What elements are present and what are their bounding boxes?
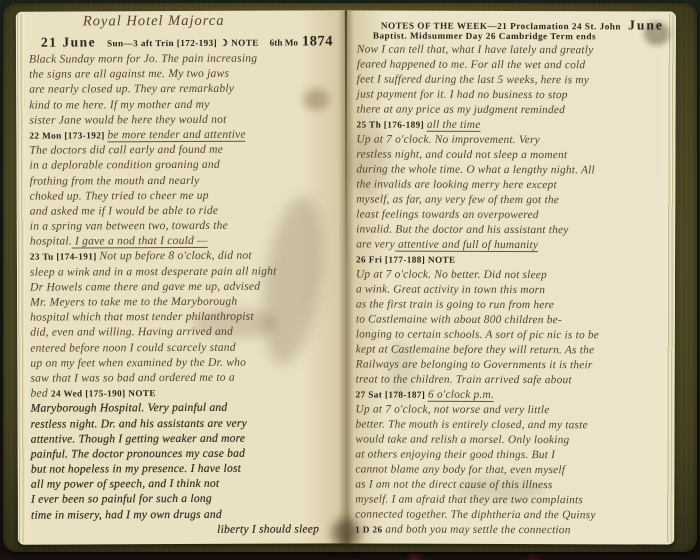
diary-line: are nearly closed up. They are remarkabl… <box>29 82 339 99</box>
handwriting-text: just payment for it. I had no business t… <box>357 88 568 101</box>
handwriting-text: the invalids are looking merry here exce… <box>356 178 557 191</box>
handwriting-text: as the first train is going to run from … <box>356 298 554 311</box>
diary-line: did, even and willing. Having arrived an… <box>30 325 340 342</box>
date-label: 21 June <box>41 34 96 50</box>
diary-line: would take and relish a morsel. Only loo… <box>355 433 666 449</box>
handwriting-text: myself, as far, any very few of them got… <box>356 193 559 206</box>
diary-line: restless night. Dr. and his assistants a… <box>31 416 341 433</box>
diary-line: The doctors did call early and found me <box>29 142 339 159</box>
handwritten-title: Royal Hotel Majorca <box>29 12 339 34</box>
diary-line: sister Jane would be here they would not <box>29 112 339 129</box>
handwriting-text: sister Jane would be here they would not <box>29 113 226 127</box>
handwriting-text: and asked me if I would be able to ride <box>30 204 218 218</box>
diary-line: Railways are belonging to Governments it… <box>356 358 667 374</box>
diary-line: treat to the children. Train arrived saf… <box>356 373 667 389</box>
diary-line: connected together. The diphtheria and t… <box>355 508 666 524</box>
handwriting-text: Dr Howels came there and gave me up, adv… <box>30 279 260 293</box>
diary-line: attentive. Though I getting weaker and m… <box>31 431 341 448</box>
notes-of-week-header: NOTES OF THE WEEK—21 Proclamation 24 St.… <box>357 13 668 31</box>
left-page-content: Royal Hotel Majorca 21 June Sun—3 aft Tr… <box>29 12 341 542</box>
diary-line: 27 Sat [178-187] 6 o'clock p.m. <box>356 388 667 404</box>
month-count-label: 6th Mo <box>270 37 298 47</box>
handwriting-text: a wink. Great activity in town this morn <box>356 283 545 296</box>
handwriting-text: Up at 7 o'clock. No better. Did not slee… <box>356 268 547 281</box>
diary-line: Now I can tell that, what I have lately … <box>357 43 668 59</box>
diary-line: and asked me if I would be able to ride <box>30 203 340 220</box>
printed-date-label: 23 Tu [174-191] <box>30 252 99 262</box>
diary-line: Up at 7 o'clock. No better. Did not slee… <box>356 268 667 284</box>
notes-header-line2: Baptist. Midsummer Day 26 Cambridge Term… <box>357 30 668 44</box>
diary-line: invalid. But the doctor and his assistan… <box>356 223 667 239</box>
diary-line: kind to me here. If my mother and my <box>29 97 339 114</box>
diary-line: Up at 7 o'clock, not worse and very litt… <box>356 403 667 419</box>
handwriting-text: sleep a wink and in a most desperate pai… <box>30 264 277 278</box>
diary-line: the invalids are looking merry here exce… <box>356 178 667 194</box>
handwriting-text: connected together. The diphtheria and t… <box>355 508 595 521</box>
diary-line: in a deplorable condition groaning and <box>29 158 339 175</box>
diary-line: 22 Mon [173-192] be more tender and atte… <box>29 127 339 144</box>
diary-line: painful. The doctor pronounces my case b… <box>31 446 341 463</box>
diary-line: all my power of speech, and I think not <box>31 477 341 494</box>
handwriting-text: choked up. They tried to cheer me up <box>30 189 209 203</box>
handwriting-text: are nearly closed up. They are remarkabl… <box>29 82 234 96</box>
diary-line: restless night, and could not sleep a mo… <box>356 148 667 164</box>
diary-line: least feelings towards an overpowered <box>356 208 667 224</box>
right-page-content: NOTES OF THE WEEK—21 Proclamation 24 St.… <box>355 13 668 542</box>
diary-line: up on my feet when examined by the Dr. w… <box>30 355 340 372</box>
handwriting-text: treat to the children. Train arrived saf… <box>356 373 572 386</box>
diary-line: at others enjoying their good things. Bu… <box>355 448 666 464</box>
handwriting-text: cannot blame any body for that, even mys… <box>355 463 565 476</box>
diary-line: just payment for it. I had no business t… <box>357 88 668 104</box>
diary-line: feet I suffered during the last 5 weeks,… <box>357 73 668 89</box>
diary-line: myself, as far, any very few of them got… <box>356 193 667 209</box>
diary-line: 25 Th [176-189] all the time <box>357 118 668 134</box>
printed-date-label: 25 Th [176-189] <box>357 119 427 129</box>
handwriting-text: and both you may settle the connection <box>385 524 570 537</box>
diary-line: longing to certain schools. A sort of pi… <box>356 328 667 344</box>
diary-line: time in misery, had I my own drugs and <box>31 507 341 524</box>
year-label: 1874 <box>302 33 333 50</box>
handwriting-text: feet I suffered during the last 5 weeks,… <box>357 73 589 86</box>
diary-line: during the whole time. O what a lengthy … <box>356 163 667 179</box>
diary-line: there at any price as my judgment remind… <box>357 103 668 119</box>
handwriting-text: hospital. <box>30 235 72 248</box>
diary-line: liberty I should sleep <box>31 522 341 539</box>
handwriting-text: Black Sunday morn for Jo. The pain incre… <box>29 52 257 66</box>
handwriting-text: attentive. Though I getting weaker and m… <box>31 431 246 445</box>
diary-line: hospital. I gave a nod that I could — <box>30 234 340 251</box>
handwriting-text: but not hopeless in my presence. I have … <box>31 462 241 476</box>
diary-line: kept at Castlemaine before they will ret… <box>356 343 667 359</box>
table-surface <box>0 553 700 560</box>
handwriting-text: kept at Castlemaine before they will ret… <box>356 343 595 356</box>
printed-date-label: 24 Wed [175-190] NOTE <box>51 388 156 398</box>
diary-line: feared happened to me. For all the wet a… <box>357 58 668 74</box>
handwriting-text: I ever been so painful for such a long <box>31 492 212 506</box>
diary-line: saw that I was so bad and ordered me to … <box>30 370 340 387</box>
diary-line: Maryborough Hospital. Very painful and <box>31 401 341 418</box>
handwriting-text: liberty I should sleep <box>217 522 319 535</box>
handwriting-text: all my power of speech, and I think not <box>31 477 219 491</box>
handwriting-text: feared happened to me. For all the wet a… <box>357 58 586 71</box>
diary-line: are very attentive and full of humanity <box>356 238 667 254</box>
diary-line: Black Sunday morn for Jo. The pain incre… <box>29 51 339 68</box>
handwriting-text: as I am not the direct cause of this ill… <box>355 478 552 491</box>
handwriting-text: during the whole time. O what a lengthy … <box>356 163 595 176</box>
handwriting-text: kind to me here. If my mother and my <box>29 97 209 111</box>
diary-line: Mr. Meyers to take me to the Maryborough <box>30 294 340 311</box>
photo-background: Royal Hotel Majorca 21 June Sun—3 aft Tr… <box>0 0 700 560</box>
diary-line: frothing from the mouth and nearly <box>30 173 340 190</box>
month-label: June <box>628 17 664 33</box>
handwriting-text: time in misery, had I my own drugs and <box>31 507 222 521</box>
handwriting-text: attentive and full of humanity <box>395 239 538 252</box>
handwriting-text: Up at 7 o'clock, not worse and very litt… <box>356 403 550 416</box>
diary-line: the signs are all against me. My two jaw… <box>29 66 339 83</box>
handwriting-text: 6 o'clock p.m. <box>428 389 494 402</box>
handwriting-text: at others enjoying their good things. Bu… <box>355 448 555 461</box>
handwriting-text: I gave a nod that I could — <box>72 234 208 249</box>
week-info-label: Sun—3 aft Trin [172-193] ☽ NOTE <box>96 38 270 50</box>
diary-line: entered before noon I could scarcely sta… <box>30 340 340 357</box>
handwriting-text: the signs are all against me. My two jaw… <box>29 67 229 81</box>
diary-line: a wink. Great activity in town this morn <box>356 283 667 299</box>
handwriting-text: myself. I am afraid that they are two co… <box>355 493 583 506</box>
binding-smudge <box>332 518 360 548</box>
printed-date-label: 27 Sat [178-187] <box>356 389 428 399</box>
handwriting-text: Now I can tell that, what I have lately … <box>357 43 594 56</box>
handwriting-text: would take and relish a morsel. Only loo… <box>355 433 569 446</box>
diary-line: as the first train is going to run from … <box>356 298 667 314</box>
diary-line: Up at 7 o'clock. No improvement. Very <box>356 133 667 149</box>
page-edge <box>16 14 26 543</box>
diary-line: in a spring van between two, towards the <box>30 218 340 235</box>
handwriting-text: saw that I was so bad and ordered me to … <box>30 371 234 385</box>
left-page-date-header: 21 June Sun—3 aft Trin [172-193] ☽ NOTE … <box>29 33 339 52</box>
handwriting-text: hospital which that most tender philanth… <box>30 310 254 324</box>
handwriting-text: longing to certain schools. A sort of pi… <box>356 328 599 341</box>
handwriting-text: painful. The doctor pronounces my case b… <box>31 447 245 461</box>
right-page: NOTES OF THE WEEK—21 Proclamation 24 St.… <box>345 10 676 544</box>
right-page-entries: Now I can tell that, what I have lately … <box>355 43 668 539</box>
handwriting-text: there at any price as my judgment remind… <box>357 103 565 116</box>
handwriting-text: to Castlemaine with about 800 children b… <box>356 313 562 326</box>
handwriting-text: all the time <box>427 119 481 132</box>
diary-line: but not hopeless in my presence. I have … <box>31 461 341 478</box>
left-page: Royal Hotel Majorca 21 June Sun—3 aft Tr… <box>16 10 347 544</box>
diary-line: choked up. They tried to cheer me up <box>30 188 340 205</box>
diary-line: I ever been so painful for such a long <box>31 492 341 509</box>
handwriting-text: up on my feet when examined by the Dr. w… <box>30 355 246 369</box>
diary-line: bed 24 Wed [175-190] NOTE <box>30 385 340 402</box>
diary-line: sleep a wink and in a most desperate pai… <box>30 264 340 281</box>
handwriting-text: invalid. But the doctor and his assistan… <box>356 223 568 236</box>
handwriting-text: Railways are belonging to Governments it… <box>356 358 593 371</box>
handwriting-text: be more tender and attentive <box>107 128 246 143</box>
handwriting-text: bed <box>30 387 51 400</box>
diary-line: better. The mouth is entirely closed, an… <box>355 418 666 434</box>
handwriting-text: in a deplorable condition groaning and <box>29 158 219 172</box>
handwriting-text: did, even and willing. Having arrived an… <box>30 325 233 339</box>
diary-line: to Castlemaine with about 800 children b… <box>356 313 667 329</box>
handwriting-text: are very <box>356 238 395 250</box>
left-page-entries: Black Sunday morn for Jo. The pain incre… <box>29 51 341 538</box>
handwriting-text: restless night, and could not sleep a mo… <box>356 148 567 161</box>
diary-pages: Royal Hotel Majorca 21 June Sun—3 aft Tr… <box>17 11 675 544</box>
handwriting-text: Mr. Meyers to take me to the Maryborough <box>30 295 237 309</box>
diary-line: cannot blame any body for that, even mys… <box>355 463 666 479</box>
handwriting-text: Not up before 8 o'clock, did not <box>99 249 251 263</box>
diary-line: Dr Howels came there and gave me up, adv… <box>30 279 340 296</box>
diary-line: 1 D 26 and both you may settle the conne… <box>355 523 666 539</box>
handwriting-text: least feelings towards an overpowered <box>356 208 539 221</box>
handwriting-text: frothing from the mouth and nearly <box>30 173 200 187</box>
printed-date-label: 22 Mon [173-192] <box>29 130 107 140</box>
handwriting-text: Maryborough Hospital. Very painful and <box>31 401 228 415</box>
diary-line: 26 Fri [177-188] NOTE <box>356 253 667 269</box>
diary-line: as I am not the direct cause of this ill… <box>355 478 666 494</box>
diary-line: myself. I am afraid that they are two co… <box>355 493 666 509</box>
handwriting-text: restless night. Dr. and his assistants a… <box>31 416 247 430</box>
handwriting-text: The doctors did call early and found me <box>29 143 223 157</box>
handwriting-text: in a spring van between two, towards the <box>30 219 228 233</box>
handwriting-text: Up at 7 o'clock. No improvement. Very <box>356 133 539 146</box>
diary-line: 23 Tu [174-191] Not up before 8 o'clock,… <box>30 249 340 266</box>
printed-date-label: 26 Fri [177-188] NOTE <box>356 254 456 264</box>
handwriting-text: better. The mouth is entirely closed, an… <box>355 418 587 431</box>
diary-line: hospital which that most tender philanth… <box>30 309 340 326</box>
handwriting-text: entered before noon I could scarcely sta… <box>30 340 235 354</box>
